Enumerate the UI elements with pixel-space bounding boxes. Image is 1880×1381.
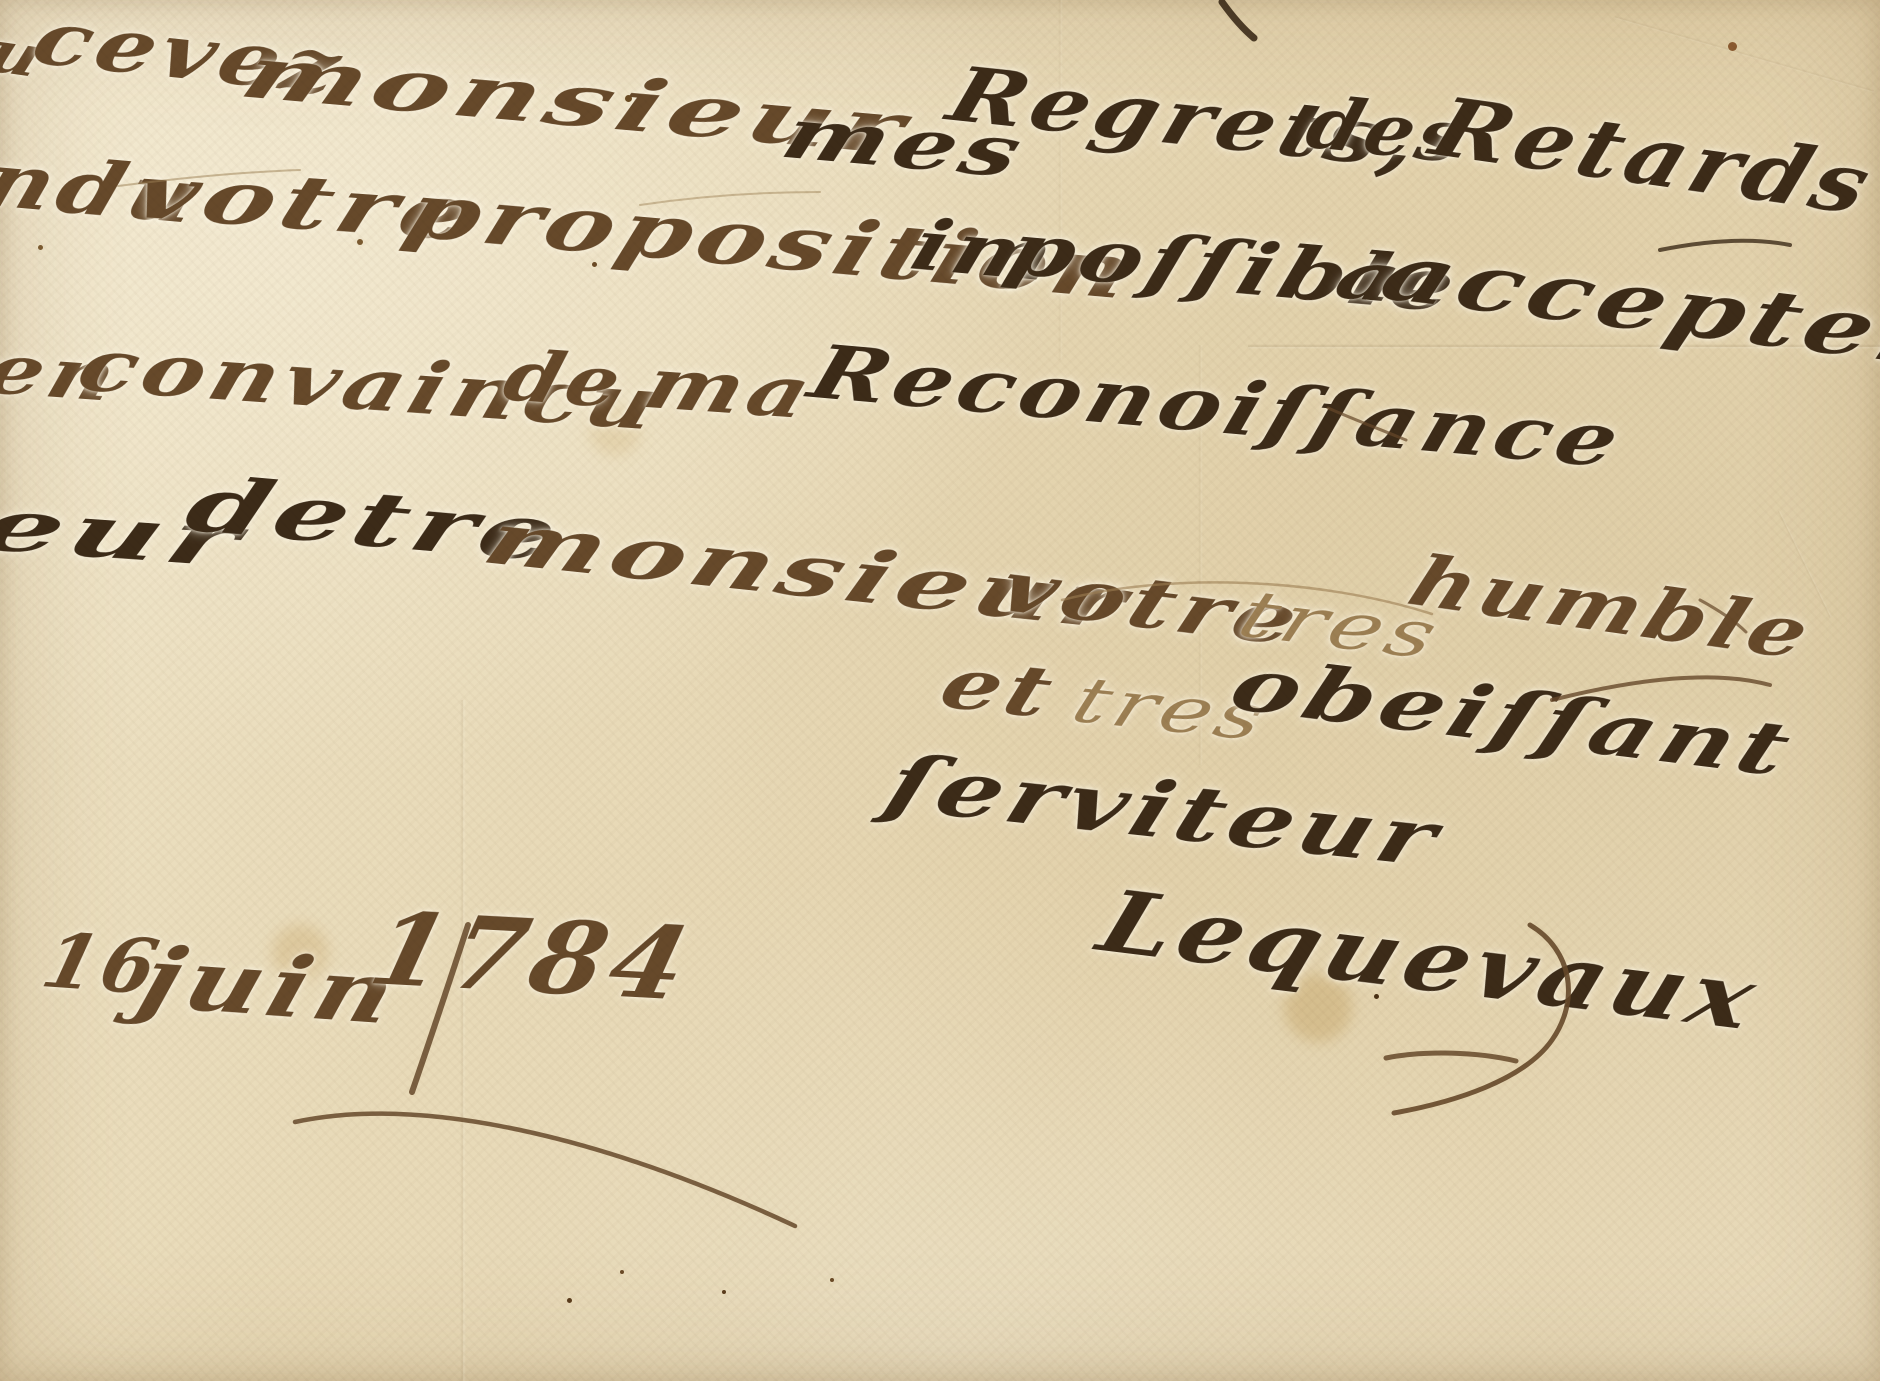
handwritten-word: 1784 <box>360 890 705 1023</box>
paper-speck <box>567 1298 572 1303</box>
letter-page: ucevezmonsieurmesRegrets,desRetardsnduvo… <box>0 0 1880 1381</box>
handwritten-word: Reconoiſſance <box>800 330 1635 485</box>
top-edge-cut-stroke <box>1222 2 1254 38</box>
handwritten-word: humble <box>1398 540 1825 676</box>
handwritten-word: et <box>930 642 1068 734</box>
handwritten-word: Retards <box>1420 80 1880 234</box>
paper-speck <box>38 245 43 250</box>
underline-flourish <box>295 1114 795 1226</box>
handwritten-word: Lequevaux <box>1087 872 1774 1050</box>
handwritten-word: ma <box>635 342 826 435</box>
handwritten-word: ſerviteur <box>875 738 1454 884</box>
accepter-t-bar <box>1660 241 1790 250</box>
crease-vertical-lower <box>460 700 466 1381</box>
paper-speck <box>620 1270 624 1274</box>
paper-speck <box>1728 42 1737 51</box>
crease-diagonal-topright <box>1614 15 1875 93</box>
handwritten-word: de <box>495 334 634 424</box>
signature-dash <box>1386 1053 1516 1061</box>
paper-speck <box>722 1290 726 1294</box>
handwritten-word: accepter <box>1369 228 1880 384</box>
paper-speck <box>830 1278 834 1282</box>
